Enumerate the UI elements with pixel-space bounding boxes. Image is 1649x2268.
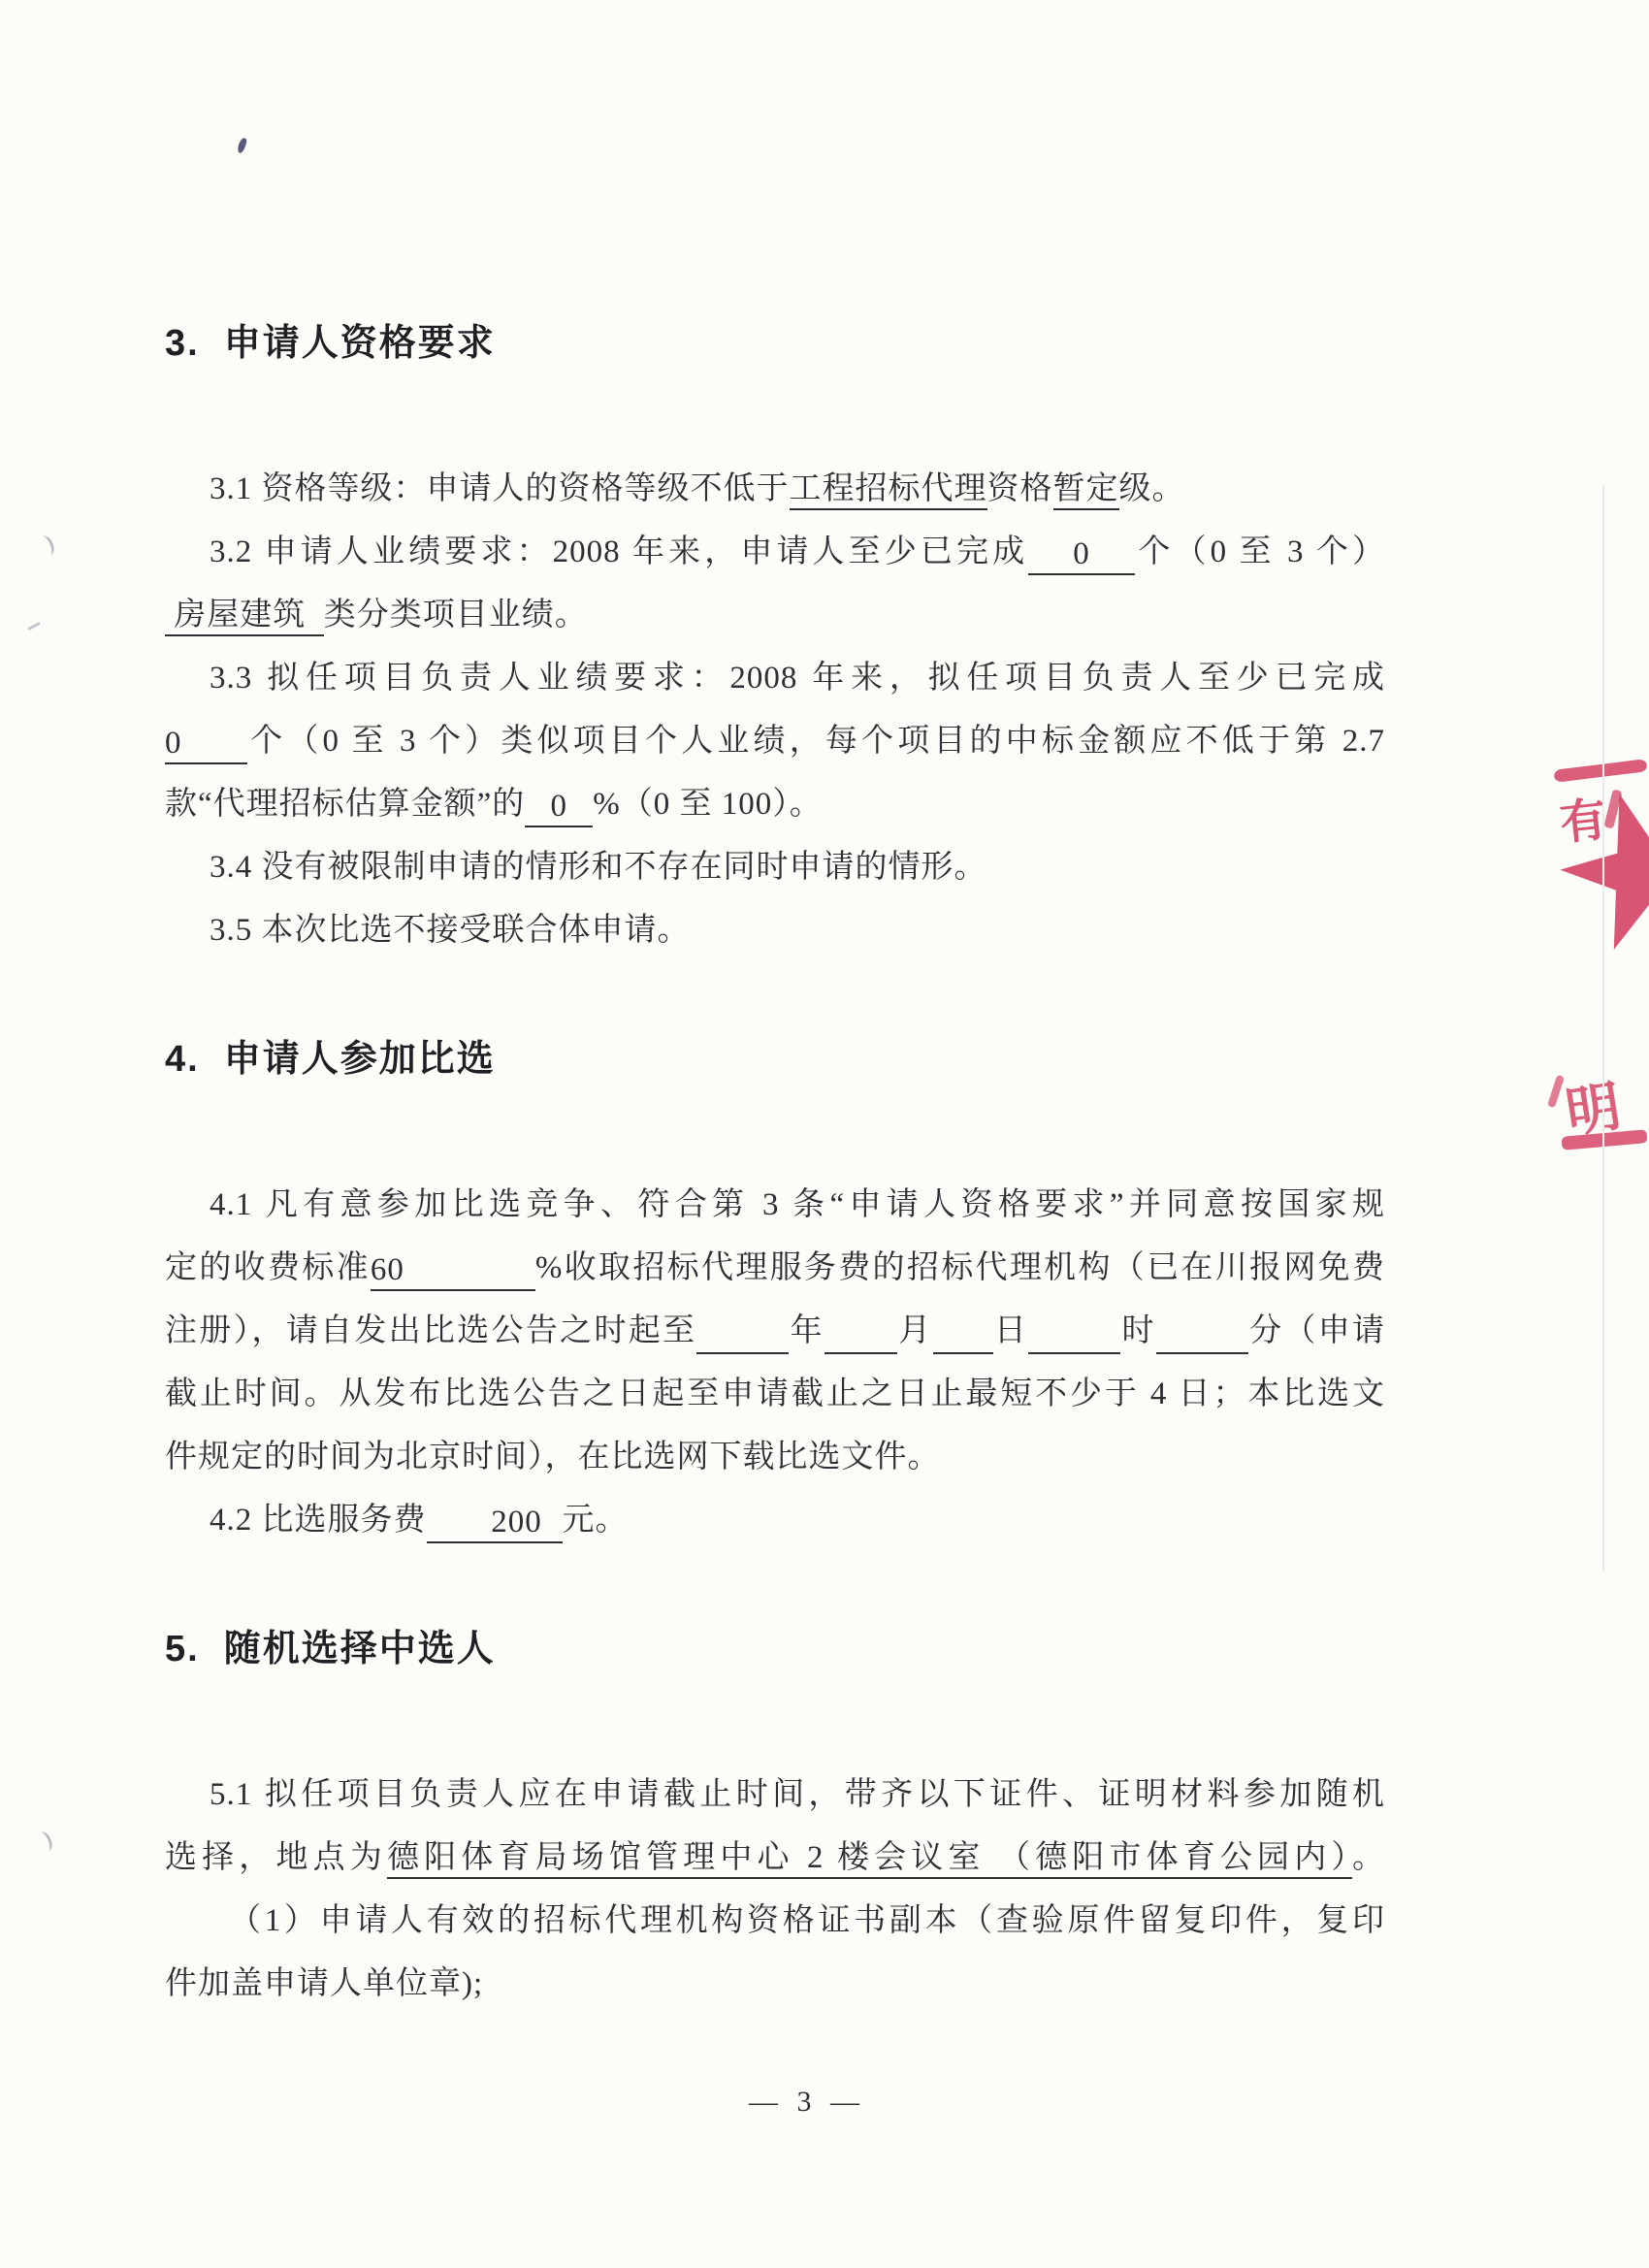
page-number: — 3 — [0, 2086, 1614, 2119]
text-line: 3.4 没有被限制申请的情形和不存在同时申请的情形。 [165, 836, 1385, 899]
text-line: 房屋建筑 类分类项目业绩。 [165, 584, 1385, 647]
scan-artifact-mark [33, 1830, 54, 1855]
text-segment: 年 [789, 1313, 824, 1348]
scan-artifact-mark [237, 137, 248, 153]
fill-in-blank: 0 [525, 790, 593, 827]
fill-in-blank [933, 1316, 993, 1354]
fill-in-blank: 0 [1028, 537, 1135, 575]
stamp-bottom-stroke [1562, 1129, 1648, 1150]
text-segment: 时 [1120, 1313, 1156, 1348]
section-heading: 4. 申请人参加比选 [165, 1036, 1385, 1083]
fill-in-blank: 0 [165, 727, 247, 764]
text-line: 件加盖申请人单位章); [165, 1953, 1385, 2016]
fill-in-blank [696, 1316, 789, 1354]
text-segment: %收取招标代理服务费的招标代理机构（已在川报网免费 [535, 1250, 1385, 1285]
underlined-text: 暂定 [1053, 471, 1119, 510]
text-line: 定的收费标准60%收取招标代理服务费的招标代理机构（已在川报网免费 [165, 1237, 1385, 1300]
text-segment: 月 [897, 1313, 933, 1348]
text-segment: 3.1 资格等级：申请人的资格等级不低于 [210, 471, 790, 506]
document-body: 3. 申请人资格要求3.1 资格等级：申请人的资格等级不低于工程招标代理资格暂定… [165, 320, 1385, 2016]
scan-artifact-mark [27, 622, 41, 631]
text-segment: 元。 [563, 1503, 629, 1538]
text-line: 款“代理招标估算金额”的0%（0 至 100）。 [165, 773, 1385, 836]
text-segment: 定的收费标准 [165, 1250, 371, 1285]
text-segment: 3.2 申请人业绩要求：2008 年来，申请人至少已完成 [210, 535, 1028, 569]
text-line: 3.3 拟任项目负责人业绩要求：2008 年来，拟任项目负责人至少已完成 [165, 647, 1385, 710]
fill-in-blank [1028, 1316, 1120, 1354]
text-line: 选择，地点为德阳体育局场馆管理中心 2 楼会议室 （德阳市体育公园内）。 [165, 1827, 1385, 1890]
text-line: 3.5 本次比选不接受联合体申请。 [165, 899, 1385, 962]
text-segment: 级。 [1119, 471, 1185, 506]
underlined-text: 德阳体育局场馆管理中心 2 楼会议室 （德阳市体育公园内） [387, 1840, 1352, 1879]
text-segment: 选择，地点为 [165, 1840, 387, 1875]
fill-in-blank: 200 [427, 1506, 563, 1543]
text-segment: 分（申请 [1248, 1313, 1385, 1348]
text-line: 件规定的时间为北京时间），在比选网下载比选文件。 [165, 1426, 1385, 1489]
text-line: 0个（0 至 3 个）类似项目个人业绩，每个项目的中标金额应不低于第 2.7 [165, 710, 1385, 773]
text-segment: 4.2 比选服务费 [210, 1503, 427, 1538]
scan-artifact-mark [35, 534, 56, 559]
text-line: 4.1 凡有意参加比选竞争、符合第 3 条“申请人资格要求”并同意按国家规 [165, 1174, 1385, 1237]
text-segment: 注册），请自发出比选公告之时起至 [165, 1313, 696, 1348]
text-segment: 款“代理招标估算金额”的 [165, 787, 525, 822]
section-heading: 5. 随机选择中选人 [165, 1626, 1385, 1672]
text-segment: 类分类项目业绩。 [324, 598, 588, 632]
stamp-stroke-fragment [1547, 1075, 1565, 1109]
text-line: 4.2 比选服务费200元。 [165, 1489, 1385, 1552]
text-line: 3.1 资格等级：申请人的资格等级不低于工程招标代理资格暂定级。 [165, 458, 1385, 521]
section-heading: 3. 申请人资格要求 [165, 320, 1385, 367]
red-stamp: 有 ★ 明 [1542, 747, 1649, 1174]
underlined-text: 工程招标代理 [790, 471, 987, 510]
fill-in-blank: 60 [371, 1253, 535, 1291]
stamp-char-bottom: 明 [1560, 1063, 1626, 1149]
text-segment: 日 [993, 1313, 1029, 1348]
text-line: 3.2 申请人业绩要求：2008 年来，申请人至少已完成0个（0 至 3 个） [165, 521, 1385, 584]
text-line: 注册），请自发出比选公告之时起至 年 月 日 时 分（申请 [165, 1300, 1385, 1363]
underlined-text: 房屋建筑 [165, 598, 324, 636]
text-line: 截止时间。从发布比选公告之日起至申请截止之日止最短不少于 4 日；本比选文 [165, 1363, 1385, 1426]
text-segment: 个（0 至 3 个） [1135, 535, 1385, 569]
scan-artifact-line [1602, 485, 1604, 1571]
stamp-stroke-fragment [1603, 789, 1622, 828]
text-line: （1）申请人有效的招标代理机构资格证书副本（查验原件留复印件，复印 [165, 1890, 1385, 1953]
stamp-star-icon: ★ [1526, 747, 1649, 993]
text-line: 5.1 拟任项目负责人应在申请截止时间，带齐以下证件、证明材料参加随机 [165, 1764, 1385, 1827]
text-segment: 个（0 至 3 个）类似项目个人业绩，每个项目的中标金额应不低于第 2.7 [247, 724, 1385, 759]
fill-in-blank [824, 1316, 897, 1354]
text-segment: 。 [1352, 1840, 1385, 1875]
scanned-document-page: 3. 申请人资格要求3.1 资格等级：申请人的资格等级不低于工程招标代理资格暂定… [0, 0, 1649, 2268]
text-segment: %（0 至 100）。 [593, 787, 823, 822]
fill-in-blank [1156, 1316, 1248, 1354]
text-segment: 资格 [987, 471, 1053, 506]
stamp-arc-stroke [1554, 759, 1648, 783]
